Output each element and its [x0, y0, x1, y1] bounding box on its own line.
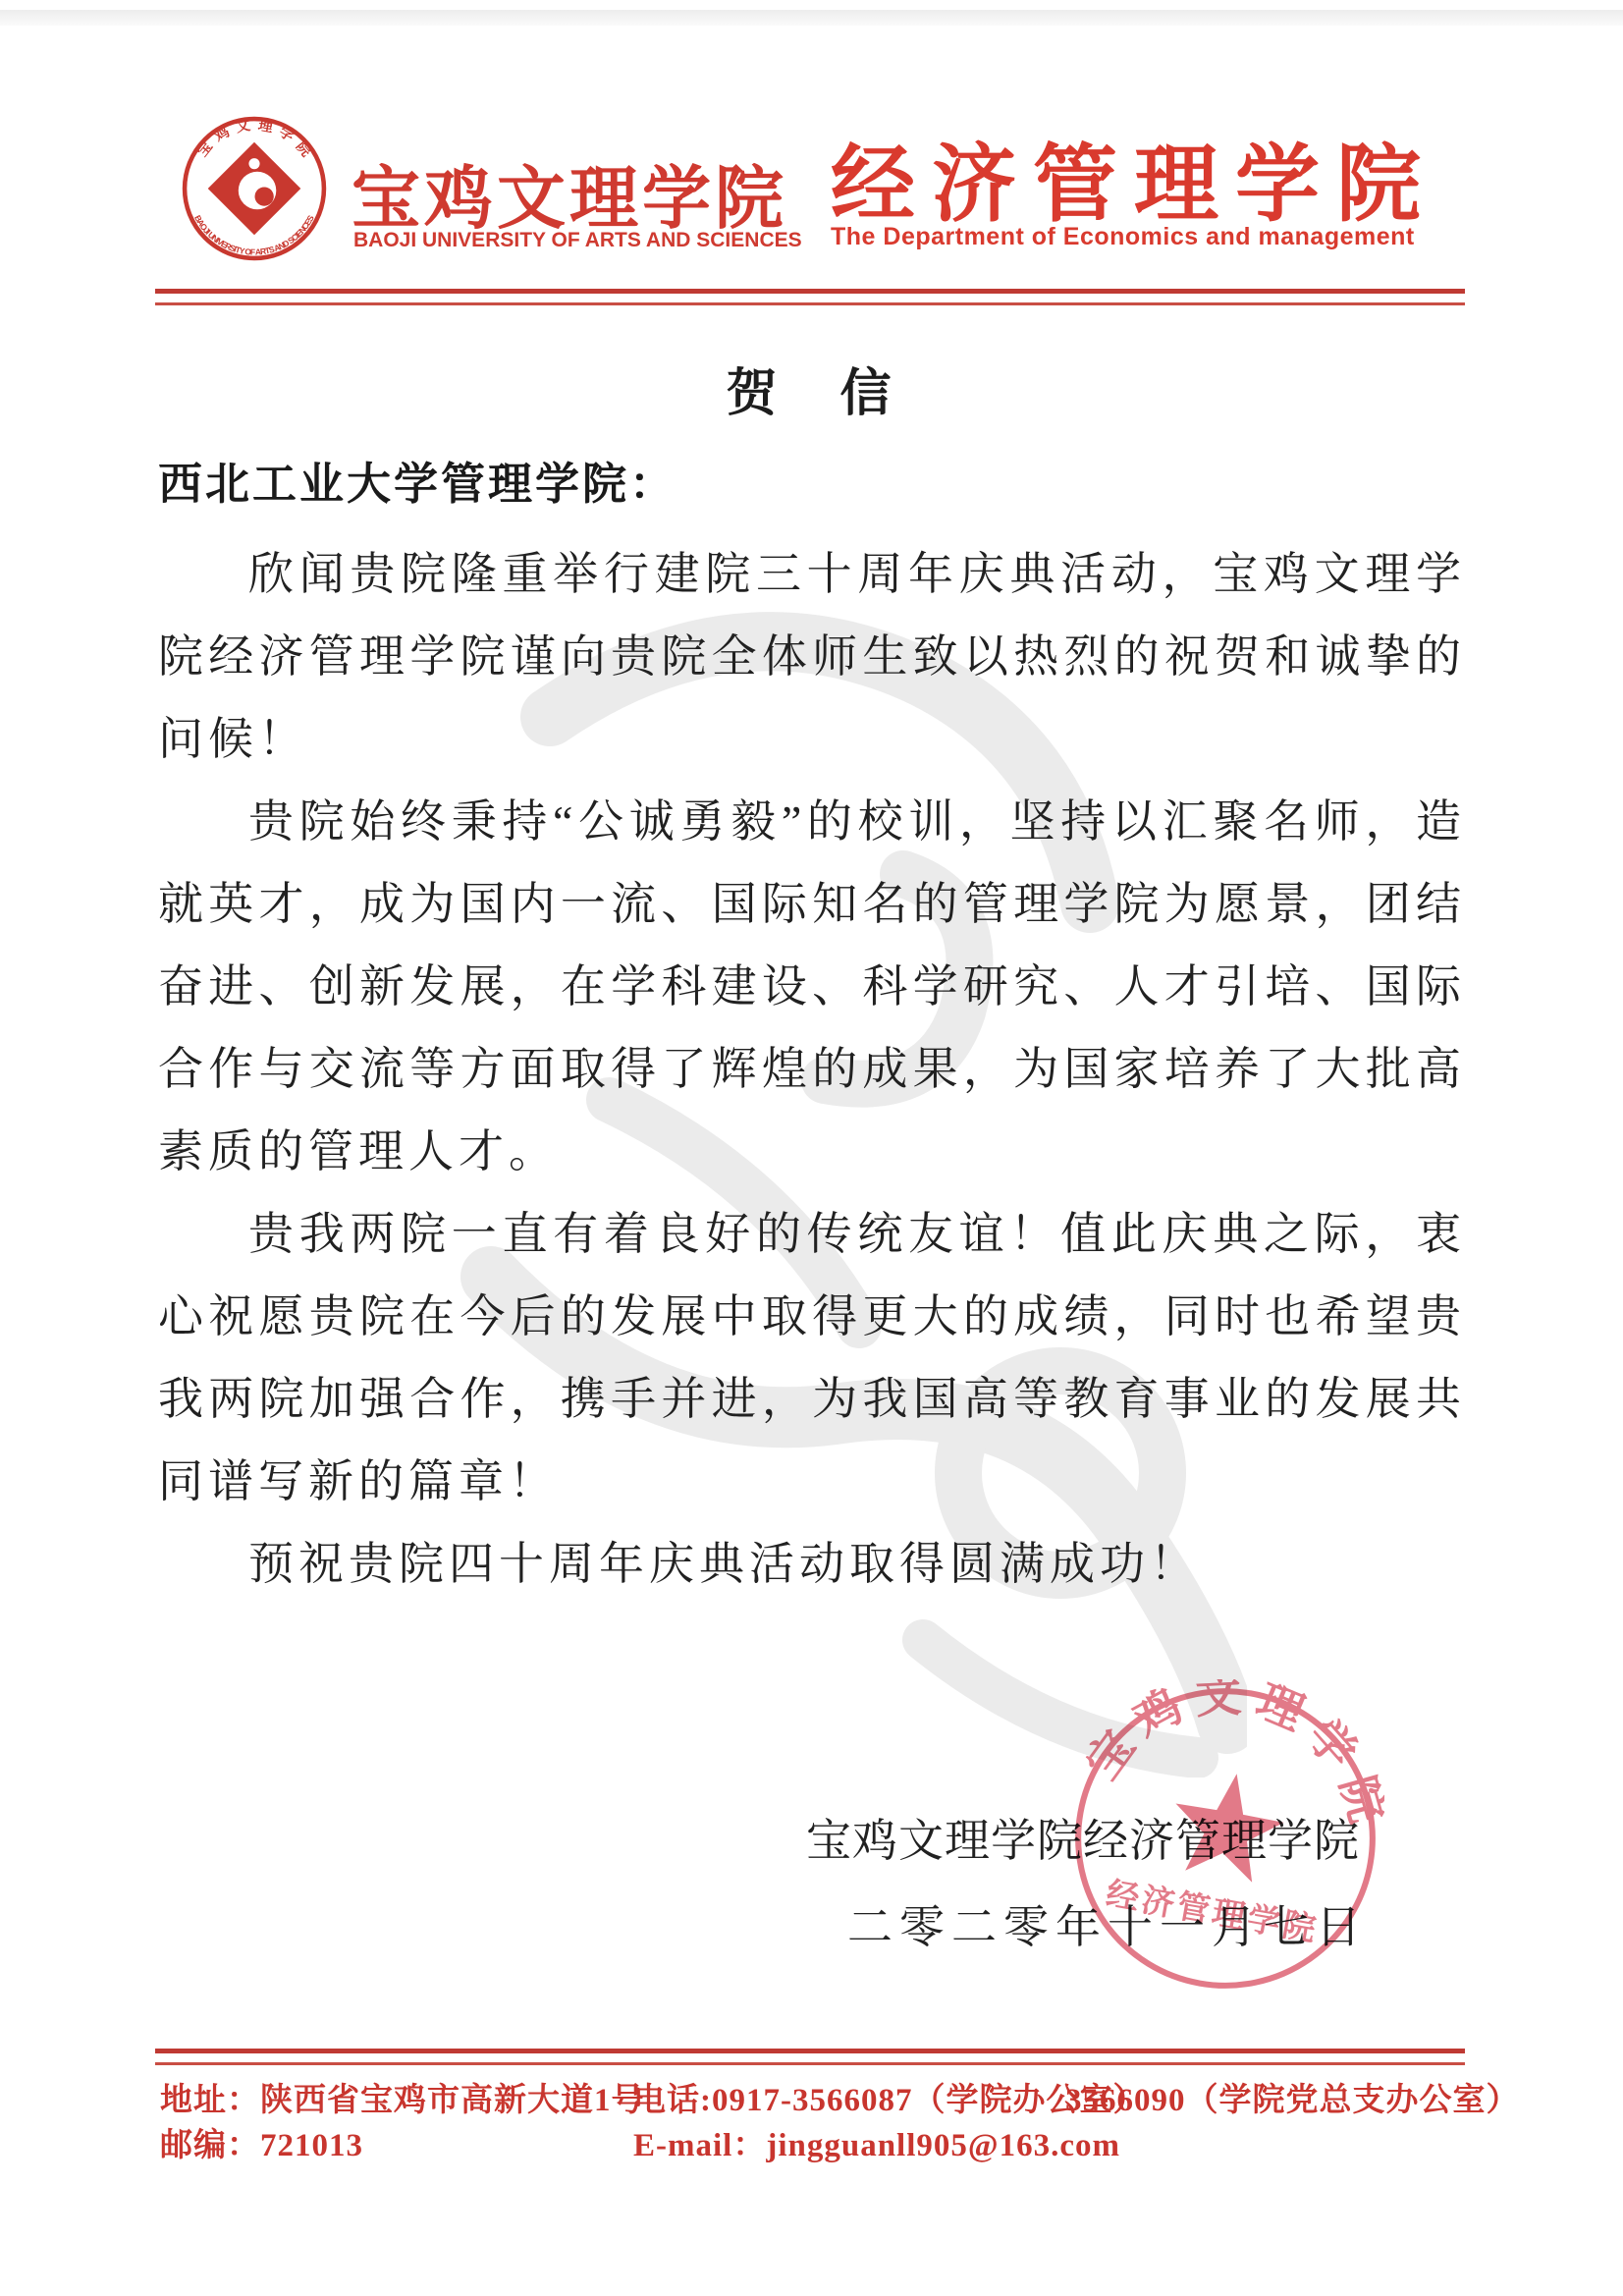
logo-bird-wing	[255, 187, 274, 205]
footer-rule-thick	[155, 2049, 1465, 2053]
official-seal: 宝鸡文理学院 经济管理学院	[1066, 1679, 1384, 1997]
department-name-en: The Department of Economics and manageme…	[831, 223, 1415, 251]
footer-address-label: 地址：	[160, 2083, 260, 2118]
footer-address-value: 陕西省宝鸡市高新大道1号	[260, 2083, 645, 2118]
footer-rule-thin	[155, 2062, 1465, 2065]
university-name-en: BAOJI UNIVERSITY OF ARTS AND SCIENCES	[353, 229, 802, 252]
footer-email-label: E-mail：	[633, 2128, 766, 2163]
footer-postcode-label: 邮编：	[160, 2128, 260, 2163]
header-rule-thin	[155, 302, 1465, 305]
footer-email: E-mail：jingguanll905@163.com	[633, 2119, 1120, 2165]
footer-postcode-value: 721013	[260, 2128, 363, 2163]
paragraph-4: 预祝贵院四十周年庆典活动取得圆满成功！	[158, 1523, 1466, 1606]
footer-address: 地址：陕西省宝鸡市高新大道1号	[160, 2074, 645, 2120]
paragraph-3: 贵我两院一直有着良好的传统友谊！值此庆典之际，衷心祝愿贵院在今后的发展中取得更大…	[158, 1193, 1466, 1523]
paragraph-2: 贵院始终秉持“公诚勇毅”的校训，坚持以汇聚名师，造就英才，成为国内一流、国际知名…	[158, 781, 1466, 1193]
footer-postcode: 邮编：721013	[160, 2119, 363, 2165]
salutation: 西北工业大学管理学院：	[158, 448, 676, 512]
seal-star	[1164, 1764, 1291, 1886]
paragraph-1: 欣闻贵院隆重举行建院三十周年庆典活动，宝鸡文理学院经济管理学院谨向贵院全体师生致…	[158, 533, 1466, 781]
footer-phone2-value: 3566090（学院党总支办公室）	[1065, 2083, 1520, 2118]
department-name-zh: 经济管理学院	[831, 116, 1437, 238]
footer-phone-label: 电话:	[633, 2083, 712, 2118]
university-logo: 宝鸡文理学院 BAOJI UNIVERSITY OF ARTS AND SCIE…	[180, 114, 329, 263]
university-name-zh: 宝鸡文理学院	[352, 143, 787, 243]
seal-center-text: 经济管理学院	[1104, 1876, 1322, 1948]
footer-phone2: 3566090（学院党总支办公室）	[1065, 2074, 1520, 2120]
letter-title: 贺 信	[0, 352, 1623, 425]
header-rule-thick	[155, 289, 1465, 294]
scan-shadow-top	[0, 10, 1623, 26]
scanned-letter-page: 宝鸡文理学院 BAOJI UNIVERSITY OF ARTS AND SCIE…	[0, 0, 1623, 2296]
letter-paragraphs: 欣闻贵院隆重举行建院三十周年庆典活动，宝鸡文理学院经济管理学院谨向贵院全体师生致…	[158, 533, 1466, 1606]
logo-bird-head	[248, 158, 259, 169]
footer-email-value: jingguanll905@163.com	[766, 2128, 1120, 2163]
